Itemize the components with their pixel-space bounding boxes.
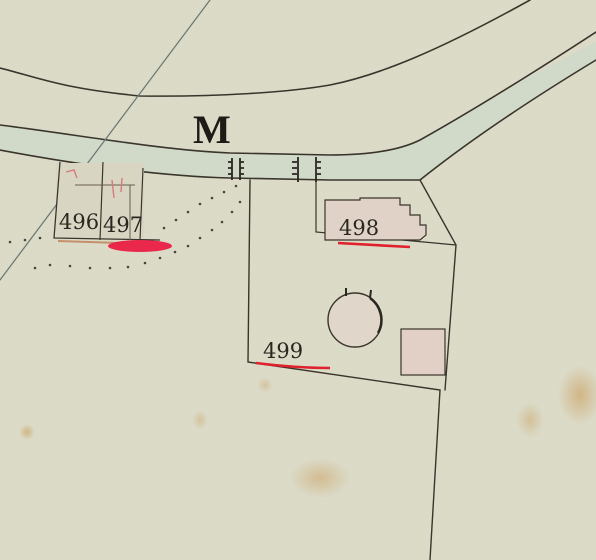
parcel-499-building xyxy=(401,329,445,375)
map-canvas: M 496 497 498 499 xyxy=(0,0,596,560)
parcel-number-499: 499 xyxy=(263,339,303,363)
parcel-number-497: 497 xyxy=(103,213,143,237)
sector-letter: M xyxy=(193,107,231,152)
parcel-number-498: 498 xyxy=(339,216,379,240)
cadastral-map: M 496 497 498 499 xyxy=(0,0,596,560)
parcel-number-496: 496 xyxy=(59,210,99,234)
